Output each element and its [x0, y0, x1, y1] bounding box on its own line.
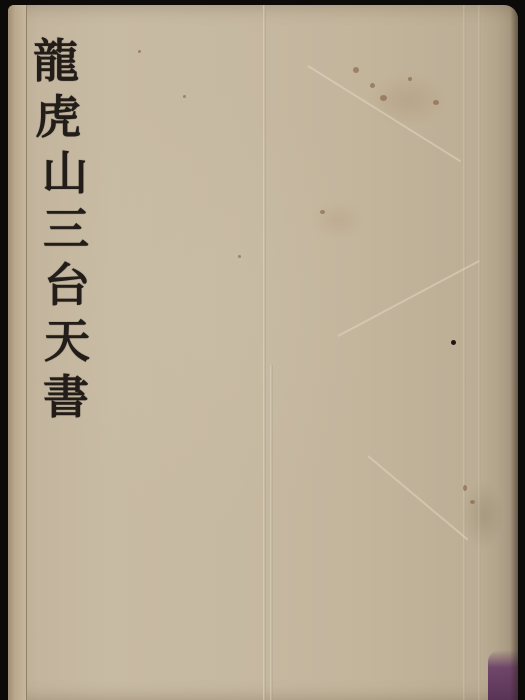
ink-dot [451, 340, 456, 345]
foxing-spot [408, 77, 412, 81]
spine-edge [8, 5, 27, 700]
title-char: 虎 [35, 89, 81, 145]
title-char: 台 [44, 257, 90, 313]
paper-crease [338, 260, 480, 337]
book-cover: 龍 虎 山 三 台 天 書 [8, 5, 518, 700]
foxing-spot [183, 95, 186, 98]
fold-line [478, 5, 481, 700]
foxing-spot [320, 210, 325, 214]
title-char: 書 [43, 369, 89, 425]
cover-title: 龍 虎 山 三 台 天 書 [28, 33, 92, 425]
paper-crease [307, 65, 461, 162]
title-char: 龍 [33, 33, 79, 89]
paper-crease [367, 455, 468, 540]
foxing-spot [433, 100, 439, 105]
title-char: 山 [42, 145, 88, 201]
foxing-spot [138, 50, 141, 53]
scan-frame: 龍 虎 山 三 台 天 書 [0, 0, 525, 700]
fold-line [263, 5, 266, 700]
title-char: 三 [43, 201, 89, 257]
foxing-spot [463, 485, 467, 491]
foxing-spot [370, 83, 375, 88]
fold-line [463, 5, 466, 700]
foxing-spot [238, 255, 241, 258]
title-char: 天 [44, 313, 90, 369]
foxing-spot [470, 500, 475, 504]
foxing-spot [353, 67, 359, 73]
edge-shadow [510, 5, 518, 700]
fold-line [270, 365, 273, 700]
foxing-spot [380, 95, 387, 101]
